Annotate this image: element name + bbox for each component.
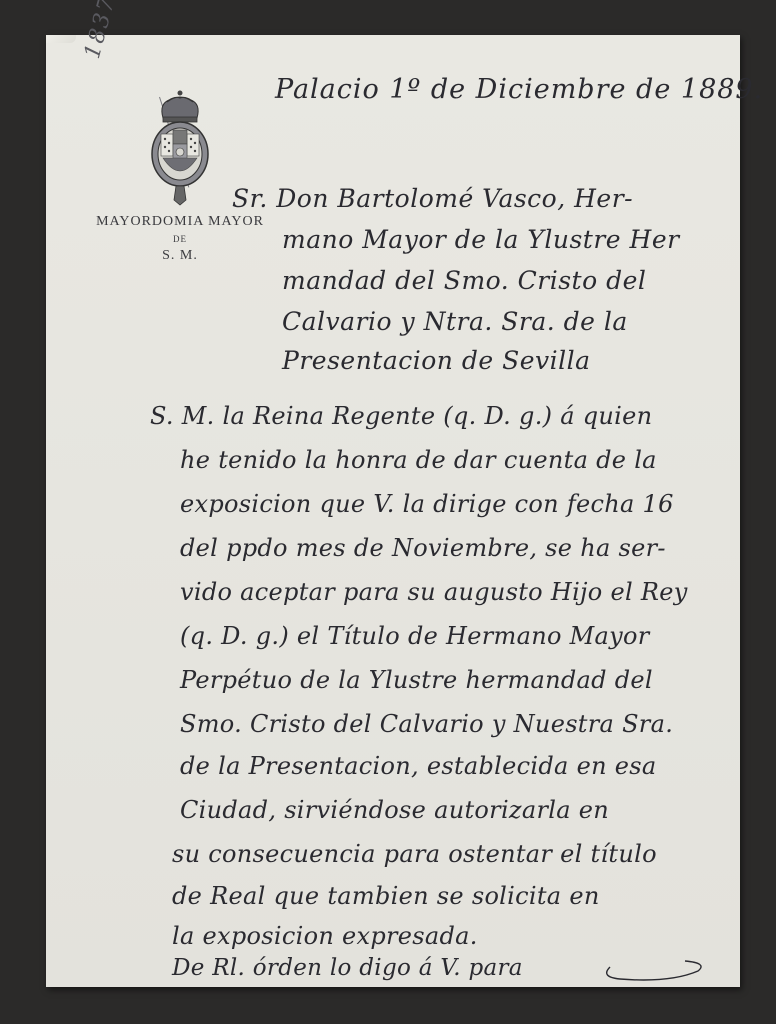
- addressee-line: Calvario y Ntra. Sra. de la: [282, 307, 628, 336]
- addressee-line: mano Mayor de la Ylustre Her: [282, 225, 680, 254]
- body-line: S. M. la Reina Regente (q. D. g.) á quie…: [150, 402, 652, 430]
- letterhead-sm: S. M.: [90, 248, 270, 264]
- body-line: Ciudad, sirviéndose autorizarla en: [180, 796, 609, 824]
- dateline: Palacio 1º de Diciembre de 1889.: [275, 74, 763, 105]
- signature-flourish-icon: [600, 955, 710, 985]
- body-line: de Real que tambien se solicita en: [172, 882, 600, 910]
- body-line: exposicion que V. la dirige con fecha 16: [180, 490, 674, 518]
- body-line: (q. D. g.) el Título de Hermano Mayor: [180, 622, 650, 650]
- body-line: del ppdo mes de Noviembre, se ha ser-: [180, 534, 666, 562]
- body-line: Perpétuo de la Ylustre hermandad del: [180, 666, 653, 694]
- body-line: Smo. Cristo del Calvario y Nuestra Sra.: [180, 710, 673, 738]
- body-line: vido aceptar para su augusto Hijo el Rey: [180, 578, 688, 606]
- body-line: la exposicion expresada.: [172, 922, 478, 950]
- body-line: De Rl. órden lo digo á V. para: [172, 955, 523, 981]
- royal-coat-of-arms-icon: [149, 88, 211, 206]
- body-line: de la Presentacion, establecida en esa: [180, 752, 657, 780]
- letterhead-title: MAYORDOMIA MAYOR: [90, 214, 270, 230]
- body-line: su consecuencia para ostentar el título: [172, 840, 657, 868]
- letterhead: MAYORDOMIA MAYOR DE S. M.: [90, 88, 270, 264]
- addressee-line: Sr. Don Bartolomé Vasco, Her-: [232, 184, 633, 213]
- letterhead-de: DE: [90, 234, 270, 244]
- body-line: he tenido la honra de dar cuenta de la: [180, 446, 657, 474]
- addressee-line: mandad del Smo. Cristo del: [282, 266, 646, 295]
- addressee-line: Presentacion de Sevilla: [282, 346, 591, 375]
